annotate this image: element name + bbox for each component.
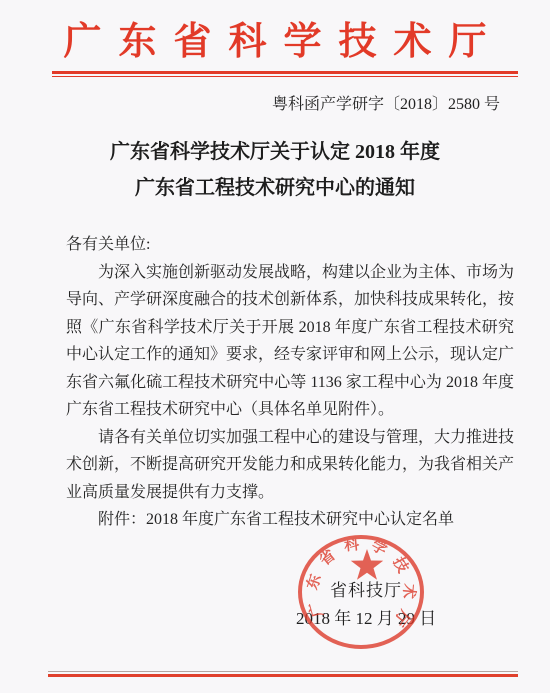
bottom-double-rule bbox=[48, 671, 518, 677]
document-page: 广东省科学技术厅 粤科函产学研字〔2018〕2580 号 广东省科学技术厅关于认… bbox=[0, 0, 550, 693]
notice-title: 广东省科学技术厅关于认定 2018 年度 广东省工程技术研究中心的通知 bbox=[0, 134, 550, 206]
attachment-note: 附件：2018 年度广东省工程技术研究中心认定名单 bbox=[66, 506, 514, 534]
issue-date: 2018 年 12 月 29 日 bbox=[296, 604, 436, 629]
notice-title-line1: 广东省科学技术厅关于认定 2018 年度 bbox=[0, 134, 550, 170]
salutation: 各有关单位: bbox=[66, 231, 514, 259]
signer-name: 省科技厅 bbox=[306, 576, 426, 601]
body-paragraph-2: 请各有关单位切实加强工程中心的建设与管理，大力推进技术创新，不断提高研究开发能力… bbox=[66, 424, 514, 507]
masthead-double-rule bbox=[52, 71, 518, 77]
notice-body: 各有关单位: 为深入实施创新驱动发展战略，构建以企业为主体、市场为导向、产学研深… bbox=[66, 231, 514, 534]
agency-masthead-title: 广东省科学技术厅 bbox=[0, 20, 550, 64]
body-paragraph-1: 为深入实施创新驱动发展战略，构建以企业为主体、市场为导向、产学研深度融合的技术创… bbox=[66, 259, 514, 424]
notice-title-line2: 广东省工程技术研究中心的通知 bbox=[0, 170, 550, 206]
document-number: 粤科函产学研字〔2018〕2580 号 bbox=[272, 91, 500, 114]
